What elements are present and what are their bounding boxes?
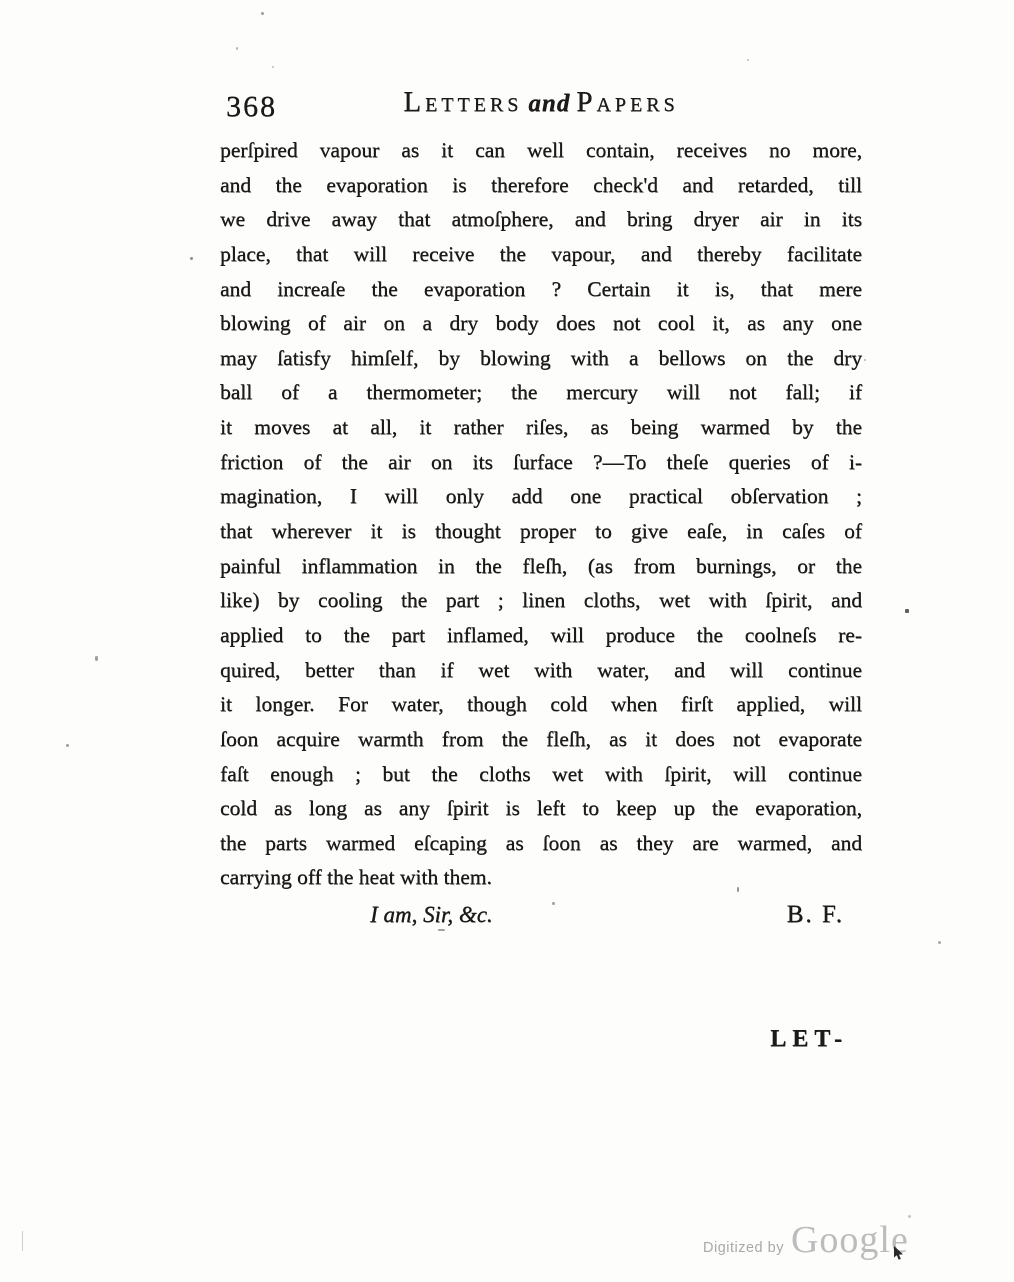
scan-speck [95,656,98,661]
letter-line: we drive away that atmoſphere, and bring… [220,207,862,242]
letter-closing-row: I am, Sir, &c. B. F. [220,901,862,936]
letter-line: like) by cooling the part ; linen cloths… [220,588,862,623]
scan-speck [66,744,69,747]
scan-speck [190,257,193,260]
letter-line: the parts warmed eſcaping as ſoon as the… [220,831,862,866]
letter-line: cold as long as any ſpirit is left to ke… [220,796,862,831]
scan-speck [272,66,274,68]
letter-line: carrying off the heat with them. [220,865,862,900]
letter-line: may ſatisfy himſelf, by blowing with a b… [220,346,862,381]
letter-line: quired, better than if wet with water, a… [220,658,862,693]
letter-line: blowing of air on a dry body does not co… [220,311,862,346]
scan-speck [938,941,941,944]
running-head-conjunction: and [528,90,570,117]
letter-line: painful inflammation in the fleſh, (as f… [220,554,862,589]
scan-speck [864,359,866,361]
letter-line: and increaſe the evaporation ? Certain i… [220,277,862,312]
running-head-word2: Papers [576,86,678,118]
letter-line: ball of a thermometer; the mercury will … [220,380,862,415]
running-head-word1: Letters [403,86,522,118]
catchword: LET- [220,1026,862,1053]
scan-speck [747,59,749,61]
letter-line: it longer. For water, though cold when f… [220,692,862,727]
letter-line: friction of the air on its ſurface ?—To … [220,450,862,485]
scan-speck [905,609,909,613]
letter-line: ſoon acquire warmth from the fleſh, as i… [220,727,862,762]
scan-speck [236,47,238,50]
scan-speck [22,1231,23,1251]
letter-line: place, that will receive the vapour, and… [220,242,862,277]
letter-line: perſpired vapour as it can well contain,… [220,138,862,173]
scanned-book-page: 368 LettersandPapers perſpired vapour as… [0,0,1014,1282]
scan-speck [438,929,445,931]
letter-signature: B. F. [787,901,844,929]
letter-line: faſt enough ; but the cloths wet with ſp… [220,762,862,797]
scan-speck [737,887,739,892]
scan-speck [552,902,555,905]
scan-speck [908,1215,911,1218]
letter-line: that wherever it is thought proper to gi… [220,519,862,554]
letter-line: it moves at all, it rather riſes, as bei… [220,415,862,450]
letter-line: applied to the part inflamed, will produ… [220,623,862,658]
watermark-prefix: Digitized by [703,1240,784,1256]
digitized-by-google-watermark: Digitized by Google [703,1218,909,1262]
running-head: LettersandPapers [220,86,862,119]
letter-line: magination, I will only add one practica… [220,484,862,519]
letter-line: and the evaporation is therefore check'd… [220,173,862,208]
mouse-cursor-icon [893,1246,905,1261]
scan-speck [261,12,264,15]
google-logo: Google [791,1218,909,1262]
letter-closing: I am, Sir, &c. [370,902,493,928]
letter-body: perſpired vapour as it can well contain,… [220,138,862,936]
